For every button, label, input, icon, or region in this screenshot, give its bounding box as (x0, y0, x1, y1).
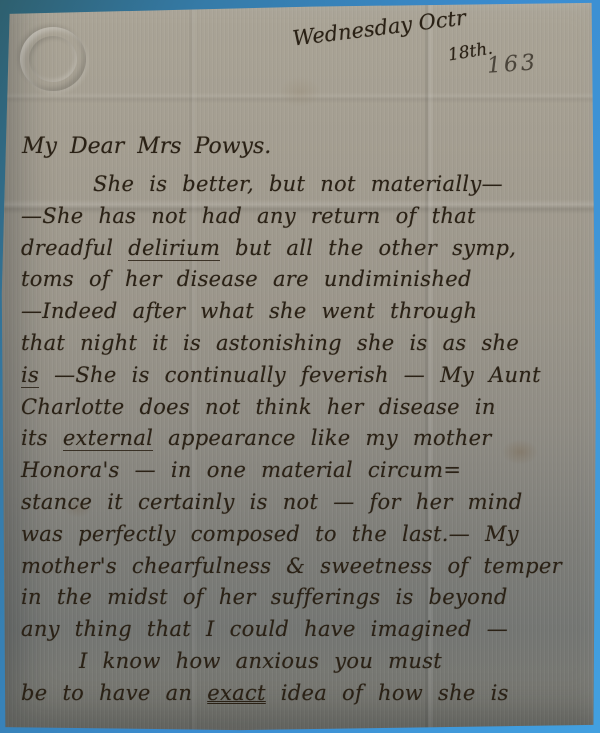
date-line: Wednesday Octr (291, 5, 467, 50)
embossed-stamp-inner (29, 36, 77, 82)
letter-body: She is better, but not materially— —She … (21, 172, 583, 713)
photo-background: Wednesday Octr 18th. 163 My Dear Mrs Pow… (0, 0, 600, 733)
salutation: My Dear Mrs Powys. (22, 134, 271, 159)
letter-line: dreadful delirium but all the other symp… (21, 236, 583, 268)
letter-line: any thing that I could have imagined — (21, 617, 583, 649)
letter-line: Honora's — in one material circum= (21, 458, 583, 490)
letter-paper: Wednesday Octr 18th. 163 My Dear Mrs Pow… (0, 0, 600, 733)
letter-line: toms of her disease are undiminished (21, 267, 583, 299)
letter-line: that night it is astonishing she is as s… (21, 331, 583, 363)
letter-line: Charlotte does not think her disease in (21, 395, 583, 427)
letter-line: stance it certainly is not — for her min… (21, 490, 583, 522)
letter-line: was perfectly composed to the last.— My (21, 522, 583, 554)
letter-line: —Indeed after what she went through (21, 299, 583, 331)
letter-line: mother's chearfulness & sweetness of tem… (21, 554, 583, 586)
letter-line: I know how anxious you must (21, 649, 583, 681)
folio-number: 163 (486, 50, 539, 78)
letter-line: is —She is continually feverish — My Aun… (21, 363, 583, 395)
embossed-stamp (20, 27, 86, 91)
letter-line: —She has not had any return of that (21, 204, 583, 236)
letter-line: She is better, but not materially— (21, 172, 583, 204)
letter-line: in the midst of her sufferings is beyond (21, 585, 583, 617)
letter-line: be to have an exact idea of how she is (21, 681, 583, 713)
letter-line: its external appearance like my mother (21, 426, 583, 458)
